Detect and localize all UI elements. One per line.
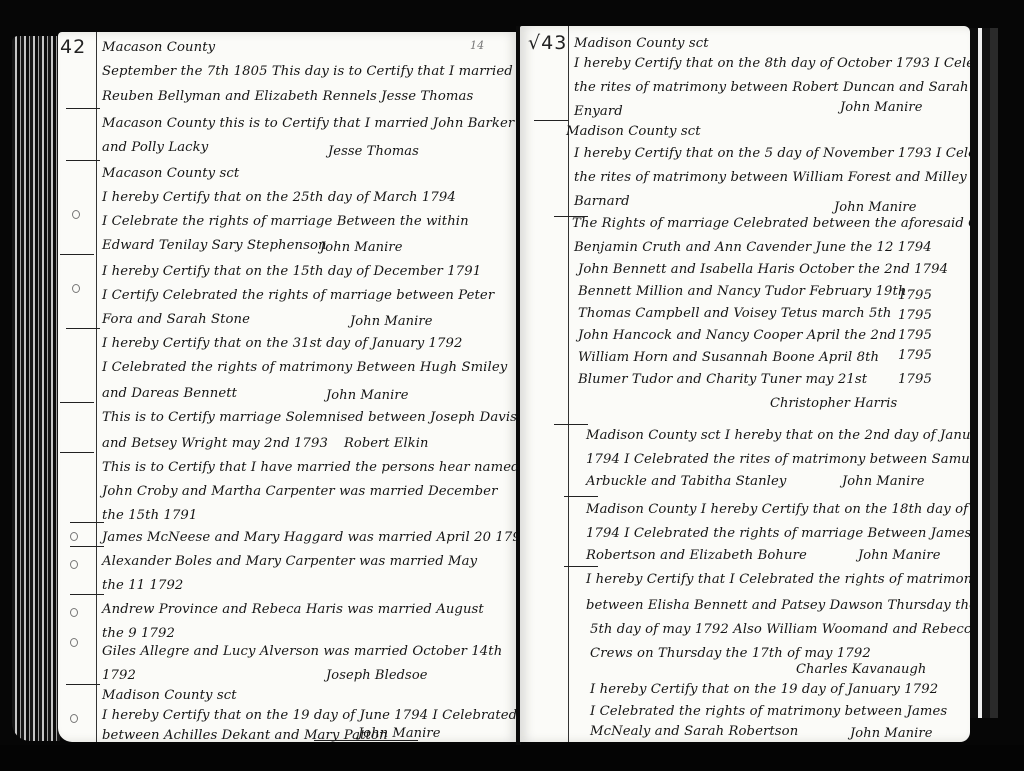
record-line: the rites of matrimony between Robert Du… bbox=[574, 80, 969, 96]
entry-mark bbox=[70, 594, 104, 595]
signature: John Manire bbox=[320, 240, 403, 256]
record-line: I hereby Certify that on the 8th day of … bbox=[574, 56, 970, 72]
record-line: John Bennett and Isabella Haris October … bbox=[578, 262, 948, 278]
entry-mark bbox=[60, 402, 94, 403]
signature: John Manire bbox=[834, 200, 917, 216]
record-line: 1792 bbox=[102, 668, 136, 684]
margin-rule bbox=[96, 32, 97, 742]
entry-mark bbox=[66, 108, 100, 109]
record-line: Benjamin Cruth and Ann Cavender June the… bbox=[574, 240, 932, 256]
margin-dot bbox=[70, 608, 78, 617]
record-year: 1795 bbox=[898, 348, 932, 364]
entry-mark bbox=[564, 496, 598, 497]
county-heading: Madison County sct bbox=[102, 688, 237, 704]
entry-mark bbox=[66, 328, 100, 329]
record-line: Andrew Province and Rebeca Haris was mar… bbox=[102, 602, 484, 618]
book-edge-left bbox=[12, 36, 60, 741]
record-line: John Hancock and Nancy Cooper April the … bbox=[578, 328, 896, 344]
page-number: 42 bbox=[60, 36, 86, 58]
record-line: Barnard bbox=[574, 194, 630, 210]
margin-dot bbox=[70, 532, 78, 541]
record-line: Enyard bbox=[574, 104, 623, 120]
record-line: This is to Certify marriage Solemnised b… bbox=[102, 410, 517, 426]
signature-underline bbox=[314, 740, 418, 741]
county-heading: Madison County sct bbox=[574, 36, 709, 52]
record-line: between Elisha Bennett and Patsey Dawson… bbox=[586, 598, 970, 614]
record-line: Madison County sct I hereby that on the … bbox=[586, 428, 970, 444]
record-line: the 15th 1791 bbox=[102, 508, 197, 524]
record-line: Giles Allegre and Lucy Alverson was marr… bbox=[102, 644, 502, 660]
record-line: the rites of matrimony between William F… bbox=[574, 170, 967, 186]
entry-mark bbox=[564, 566, 598, 567]
record-line: I hereby Certify that on the 31st day of… bbox=[102, 336, 463, 352]
county-heading: Macason County bbox=[102, 40, 215, 56]
record-line: I Celebrate the rights of marriage Betwe… bbox=[102, 214, 469, 230]
record-line: 1794 I Celebrated the rites of matrimony… bbox=[586, 452, 970, 468]
record-line: Macason County this is to Certify that I… bbox=[102, 116, 514, 132]
record-year: 1795 bbox=[898, 372, 932, 388]
signature: Charles Kavanaugh bbox=[796, 662, 926, 678]
record-line: I hereby Certify that on the 5 day of No… bbox=[574, 146, 970, 162]
document-viewer: 42 14 Macason County September the 7th 1… bbox=[0, 0, 1024, 771]
entry-mark bbox=[554, 424, 588, 425]
record-line: Blumer Tudor and Charity Tuner may 21st bbox=[578, 372, 867, 388]
record-line: 1794 I Celebrated the rights of marriage… bbox=[586, 526, 970, 542]
entry-mark bbox=[70, 546, 104, 547]
record-line: I hereby Certify that on the 19 day of J… bbox=[102, 708, 517, 724]
record-line: I Celebrated the rights of matrimony Bet… bbox=[102, 360, 507, 376]
margin-dot bbox=[70, 714, 78, 723]
record-line: and Polly Lacky bbox=[102, 140, 208, 156]
record-line: I Certify Celebrated the rights of marri… bbox=[102, 288, 494, 304]
signature: Christopher Harris bbox=[770, 396, 897, 412]
record-line: I hereby Certify that on the 19 day of J… bbox=[590, 682, 938, 698]
signature: John Manire bbox=[850, 726, 933, 742]
record-line: Reuben Bellyman and Elizabeth Rennels Je… bbox=[102, 89, 473, 105]
record-year: 1795 bbox=[898, 288, 932, 304]
record-line: Fora and Sarah Stone bbox=[102, 312, 250, 328]
margin-dot bbox=[72, 210, 80, 219]
corner-mark: 14 bbox=[470, 38, 484, 54]
entry-mark bbox=[60, 452, 94, 453]
margin-dot bbox=[70, 560, 78, 569]
entry-mark bbox=[70, 522, 104, 523]
record-line: James McNeese and Mary Haggard was marri… bbox=[102, 530, 518, 546]
record-line: Madison County I hereby Certify that on … bbox=[586, 502, 970, 518]
record-line: Edward Tenilay Sary Stephenson bbox=[102, 238, 327, 254]
record-line: Bennett Million and Nancy Tudor February… bbox=[578, 284, 907, 300]
record-line: Arbuckle and Tabitha Stanley bbox=[586, 474, 786, 490]
record-line: the 9 1792 bbox=[102, 626, 175, 642]
record-line: and Betsey Wright may 2nd 1793 bbox=[102, 436, 328, 452]
page-number: √43 bbox=[528, 32, 567, 54]
record-line: McNealy and Sarah Robertson bbox=[590, 724, 798, 740]
record-line: September the 7th 1805 This day is to Ce… bbox=[102, 64, 513, 80]
record-line: Thomas Campbell and Voisey Tetus march 5… bbox=[578, 306, 891, 322]
record-line: and Dareas Bennett bbox=[102, 386, 237, 402]
margin-dot bbox=[70, 638, 78, 647]
county-heading: Madison County sct bbox=[566, 124, 701, 140]
entry-mark bbox=[60, 254, 94, 255]
signature: Jesse Thomas bbox=[328, 144, 419, 160]
signature: John Manire bbox=[858, 548, 941, 564]
entry-mark bbox=[66, 160, 100, 161]
record-line: Robertson and Elizabeth Bohure bbox=[586, 548, 807, 564]
signature: John Manire bbox=[842, 474, 925, 490]
county-heading: Macason County sct bbox=[102, 166, 239, 182]
record-line: John Croby and Martha Carpenter was marr… bbox=[102, 484, 498, 500]
record-line: I hereby Certify that on the 25th day of… bbox=[102, 190, 456, 206]
record-line: Alexander Boles and Mary Carpenter was m… bbox=[102, 554, 477, 570]
record-line: Crews on Thursday the 17th of may 1792 bbox=[590, 646, 871, 662]
record-line: This is to Certify that I have married t… bbox=[102, 460, 518, 476]
signature: Robert Elkin bbox=[344, 436, 428, 452]
signature: Joseph Bledsoe bbox=[326, 668, 428, 684]
signature: John Manire bbox=[326, 388, 409, 404]
right-page: √43 Madison County sct I hereby Certify … bbox=[520, 26, 970, 742]
record-year: 1795 bbox=[898, 328, 932, 344]
signature: John Manire bbox=[840, 100, 923, 116]
record-line: William Horn and Susannah Boone April 8t… bbox=[578, 350, 879, 366]
signature: John Manire bbox=[350, 314, 433, 330]
entry-mark bbox=[534, 120, 568, 121]
record-line: 5th day of may 1792 Also William Woomand… bbox=[590, 622, 970, 638]
record-year: 1795 bbox=[898, 308, 932, 324]
margin-dot bbox=[72, 284, 80, 293]
record-line: I hereby Certify that I Celebrated the r… bbox=[586, 572, 970, 588]
book-edge-right bbox=[968, 28, 998, 718]
record-line: I hereby Certify that on the 15th day of… bbox=[102, 264, 481, 280]
record-line: I Celebrated the rights of matrimony bet… bbox=[590, 704, 947, 720]
entry-mark bbox=[66, 684, 100, 685]
scan-border-bottom bbox=[0, 745, 1024, 771]
record-line: The Rights of marriage Celebrated betwee… bbox=[572, 216, 970, 232]
left-page: 42 14 Macason County September the 7th 1… bbox=[58, 32, 518, 742]
record-line: the 11 1792 bbox=[102, 578, 183, 594]
